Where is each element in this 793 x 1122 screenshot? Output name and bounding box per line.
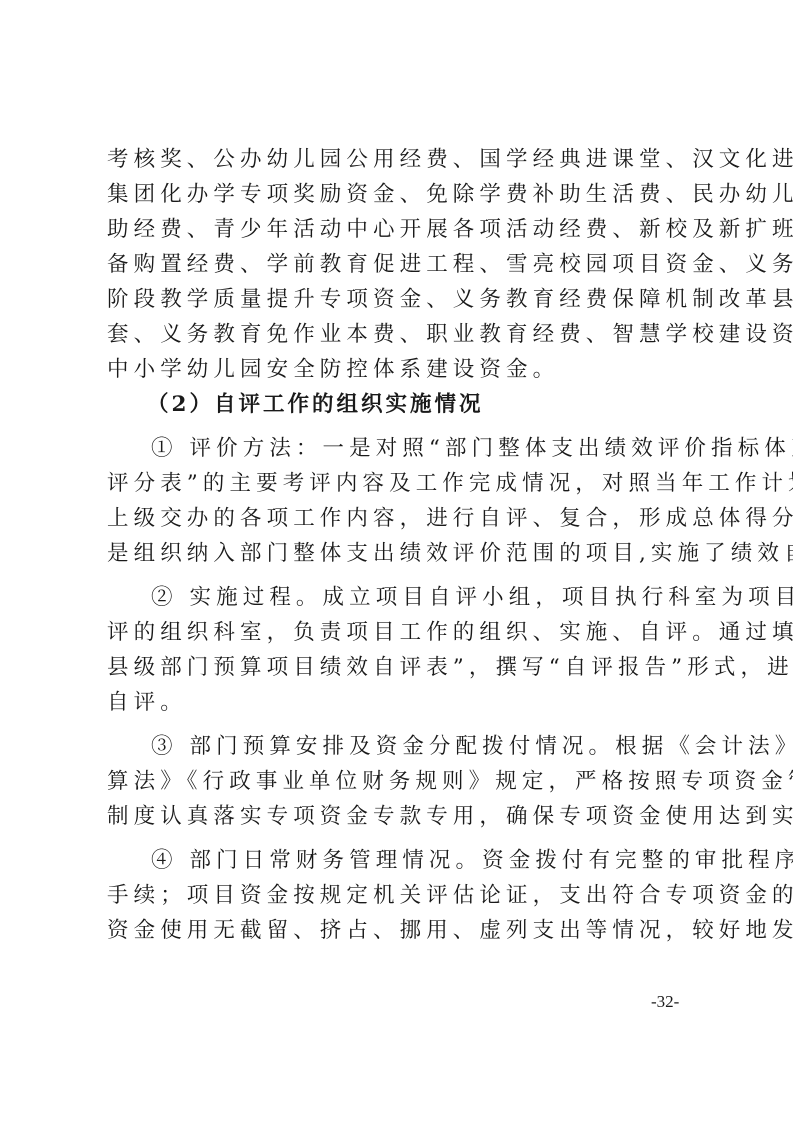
spacer xyxy=(107,834,693,843)
page-number: -32- xyxy=(651,992,679,1012)
text-line: ① 评价方法：一是对照“部门整体支出绩效评价指标体系 xyxy=(107,431,693,466)
text-line: 助经费、青少年活动中心开展各项活动经费、新校及新扩班级设 xyxy=(107,212,693,247)
text-line: 考核奖、公办幼儿园公用经费、国学经典进课堂、汉文化进课堂、 xyxy=(107,142,693,177)
paragraph-item-4: ④ 部门日常财务管理情况。资金拨付有完整的审批程序和 手续；项目资金按规定机关评… xyxy=(107,843,693,948)
text-line: 备购置经费、学前教育促进工程、雪亮校园项目资金、义务教育 xyxy=(107,247,693,282)
spacer xyxy=(107,720,693,729)
spacer xyxy=(107,571,693,580)
paragraph-item-2: ② 实施过程。成立项目自评小组，项目执行科室为项目自 评的组织科室，负责项目工作… xyxy=(107,580,693,720)
text-line: 资金使用无截留、挤占、挪用、虚列支出等情况，较好地发挥了 xyxy=(107,913,693,948)
text-line: 集团化办学专项奖励资金、免除学费补助生活费、民办幼儿园补 xyxy=(107,177,693,212)
paragraph-continuation: 考核奖、公办幼儿园公用经费、国学经典进课堂、汉文化进课堂、 集团化办学专项奖励资… xyxy=(107,142,693,387)
text-line: 制度认真落实专项资金专款专用，确保专项资金使用达到实效。 xyxy=(107,799,693,834)
text-line: 是组织纳入部门整体支出绩效评价范围的项目,实施了绩效自评。 xyxy=(107,536,693,571)
text-line: 评分表”的主要考评内容及工作完成情况，对照当年工作计划和 xyxy=(107,466,693,501)
text-line: 评的组织科室，负责项目工作的组织、实施、自评。通过填写” xyxy=(107,615,693,650)
paragraph-item-3: ③ 部门预算安排及资金分配拨付情况。根据《会计法》《预 算法》《行政事业单位财务… xyxy=(107,729,693,834)
spacer xyxy=(107,422,693,431)
text-line: 算法》《行政事业单位财务规则》规定，严格按照专项资金管理 xyxy=(107,764,693,799)
text-line: ③ 部门预算安排及资金分配拨付情况。根据《会计法》《预 xyxy=(107,729,693,764)
text-line: 自评。 xyxy=(107,685,693,720)
text-line: 中小学幼儿园安全防控体系建设资金。 xyxy=(107,352,693,387)
text-line: 套、义务教育免作业本费、职业教育经费、智慧学校建设资金、 xyxy=(107,317,693,352)
text-line: 阶段教学质量提升专项资金、义务教育经费保障机制改革县级配 xyxy=(107,282,693,317)
text-line: 上级交办的各项工作内容，进行自评、复合，形成总体得分。二 xyxy=(107,501,693,536)
text-line: 县级部门预算项目绩效自评表”，撰写“自评报告”形式，进行 xyxy=(107,650,693,685)
text-line: ④ 部门日常财务管理情况。资金拨付有完整的审批程序和 xyxy=(107,843,693,878)
paragraph-item-1: ① 评价方法：一是对照“部门整体支出绩效评价指标体系 评分表”的主要考评内容及工… xyxy=(107,431,693,571)
text-line: ② 实施过程。成立项目自评小组，项目执行科室为项目自 xyxy=(107,580,693,615)
section-heading: （2）自评工作的组织实施情况 xyxy=(107,387,693,422)
document-page: 考核奖、公办幼儿园公用经费、国学经典进课堂、汉文化进课堂、 集团化办学专项奖励资… xyxy=(107,142,693,948)
text-line: 手续；项目资金按规定机关评估论证，支出符合专项资金的用途， xyxy=(107,878,693,913)
